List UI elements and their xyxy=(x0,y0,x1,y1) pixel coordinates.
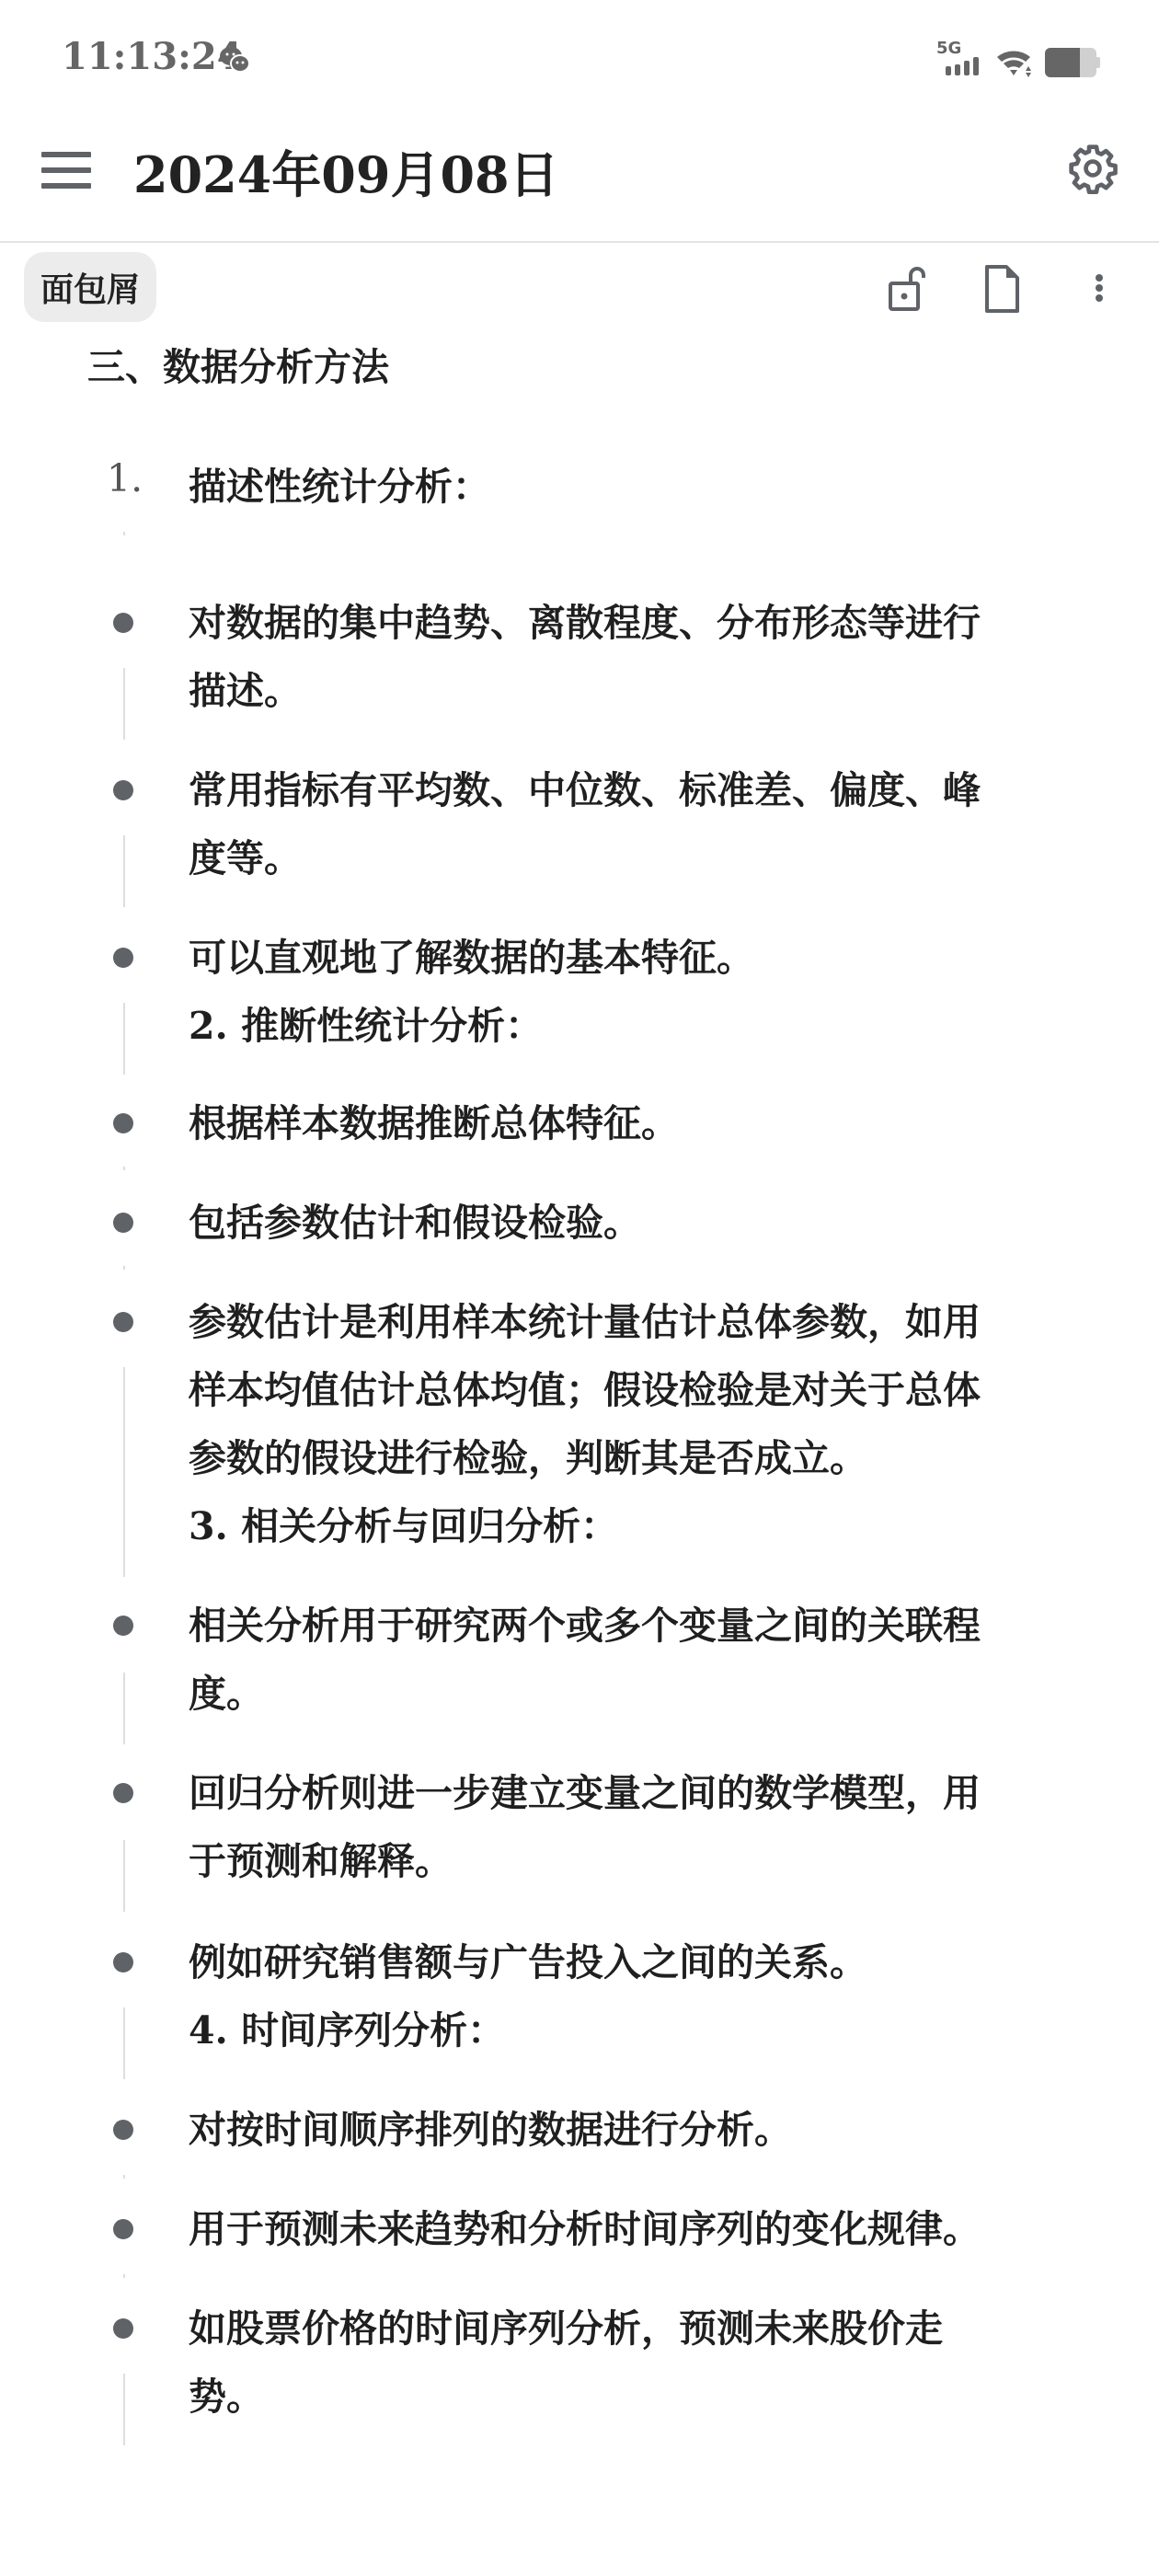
indent-guide xyxy=(123,1367,125,1577)
status-time: 11:13:24 xyxy=(62,35,243,78)
indent-guide xyxy=(123,835,125,907)
indent-guide xyxy=(123,1003,125,1075)
list-item: 用于预测未来趋势和分析时间序列的变化规律。 xyxy=(189,2195,1108,2263)
bullet-icon xyxy=(113,613,133,633)
list-item: 参数估计是利用样本统计量估计总体参数，如用 样本均值估计总体均值；假设检验是对关… xyxy=(189,1288,1108,1560)
gear-icon[interactable] xyxy=(1067,143,1119,194)
list-item: 对按时间顺序排列的数据进行分析。 xyxy=(189,2096,1108,2164)
bullet-icon xyxy=(113,780,133,800)
list-item: 回归分析则进一步建立变量之间的数学模型，用 于预测和解释。 xyxy=(189,1759,1108,1895)
wifi-icon xyxy=(995,46,1036,79)
bullet-icon xyxy=(113,1783,133,1803)
signal-icon: 5G xyxy=(936,42,986,79)
list-item: 相关分析用于研究两个或多个变量之间的关联程 度。 xyxy=(189,1592,1108,1728)
bullet-icon xyxy=(113,1113,133,1133)
indent-guide xyxy=(123,2007,125,2079)
indent-guide xyxy=(123,532,125,535)
bullet-icon xyxy=(113,948,133,968)
indent-guide xyxy=(123,1266,125,1270)
list-item: 可以直观地了解数据的基本特征。 2. 推断性统计分析： xyxy=(189,924,1108,1060)
more-vertical-icon[interactable] xyxy=(1076,263,1122,315)
indent-guide xyxy=(123,1673,125,1744)
list-item: 对数据的集中趋势、离散程度、分布形态等进行 描述。 xyxy=(189,589,1108,725)
bullet-icon xyxy=(113,2219,133,2239)
list-item: 包括参数估计和假设检验。 xyxy=(189,1189,1108,1257)
list-item: 例如研究销售额与广告投入之间的关系。 4. 时间序列分析： xyxy=(189,1928,1108,2064)
battery-icon xyxy=(1045,48,1100,77)
breadcrumb-button[interactable]: 面包屑 xyxy=(24,252,156,322)
indent-guide xyxy=(123,2374,125,2445)
bullet-icon xyxy=(113,1213,133,1233)
list-item: 常用指标有平均数、中位数、标准差、偏度、峰 度等。 xyxy=(189,756,1108,892)
indent-guide xyxy=(123,2175,125,2179)
section-heading: 三、数据分析方法 xyxy=(87,337,389,391)
app-bar-divider xyxy=(0,241,1159,243)
page-title: 2024年09月08日 xyxy=(133,136,559,207)
list-item: 如股票价格的时间序列分析，预测未来股价走 势。 xyxy=(189,2294,1108,2431)
bullet-icon xyxy=(113,1952,133,1972)
indent-guide xyxy=(123,1840,125,1912)
indent-guide xyxy=(123,668,125,740)
bullet-icon xyxy=(113,2318,133,2339)
bullet-icon xyxy=(113,2120,133,2140)
indent-guide xyxy=(123,1167,125,1170)
hamburger-menu-icon[interactable] xyxy=(41,152,91,189)
indent-guide xyxy=(123,2274,125,2278)
numbered-item-title: 描述性统计分析： xyxy=(189,456,490,511)
bullet-icon xyxy=(113,1616,133,1636)
network-type-label: 5G xyxy=(936,39,961,58)
bullet-icon xyxy=(113,1312,133,1332)
list-item: 根据样本数据推断总体特征。 xyxy=(189,1089,1108,1157)
wechat-icon xyxy=(219,46,250,74)
unlock-icon[interactable] xyxy=(883,263,929,315)
file-icon[interactable] xyxy=(979,263,1025,315)
list-number: 1. xyxy=(107,456,143,500)
